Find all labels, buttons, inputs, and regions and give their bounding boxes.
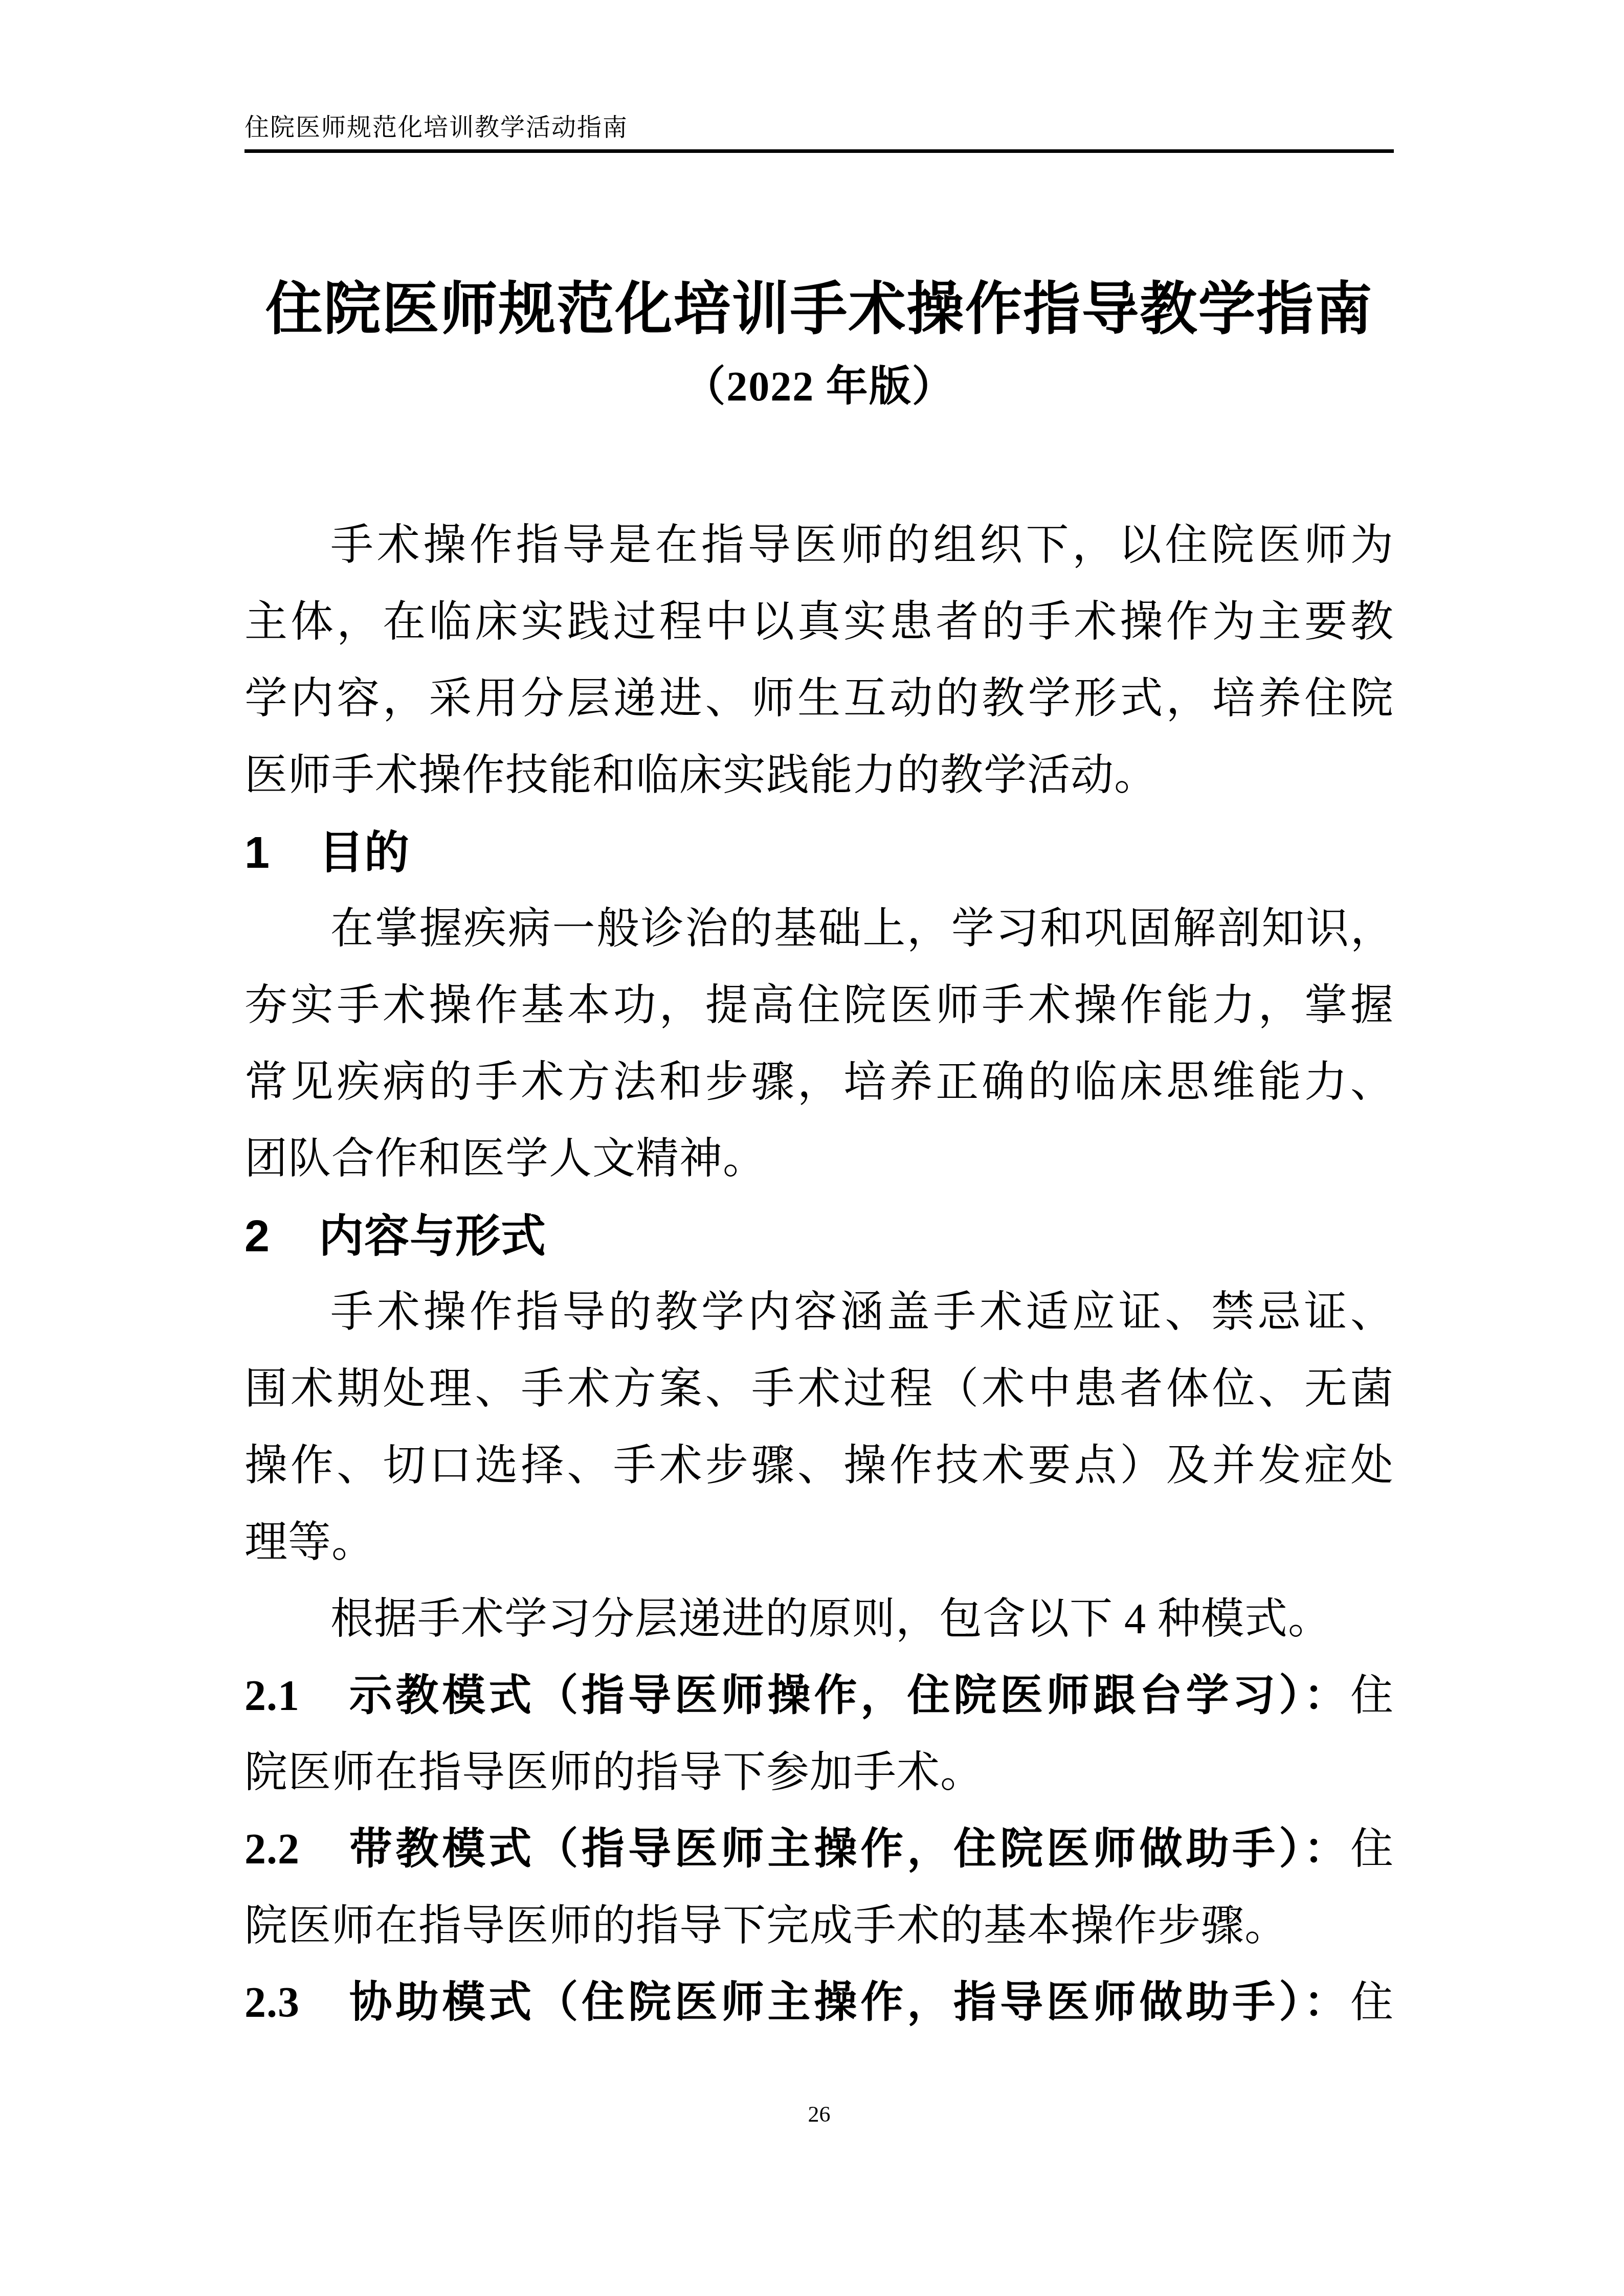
mode-2-3-heading: 2.3 协助模式（住院医师主操作，指导医师做助手）： <box>244 1979 1350 2027</box>
intro-line-2: 主体，在临床实践过程中以真实患者的手术操作为主要教 <box>244 584 1394 661</box>
mode-2-1-tail: 住 <box>1350 1672 1394 1720</box>
section-2-heading: 2内容与形式 <box>244 1198 1394 1274</box>
document-edition: （2022 年版） <box>244 358 1394 415</box>
page-number: 26 <box>244 2099 1394 2130</box>
mode-2-3-heading-line: 2.3 协助模式（住院医师主操作，指导医师做助手）：住 <box>244 1965 1394 2041</box>
section-1-heading: 1目的 <box>244 814 1394 891</box>
mode-2-2-tail: 住 <box>1350 1826 1394 1873</box>
section-2-line-1: 手术操作指导的教学内容涵盖手术适应证、禁忌证、 <box>244 1274 1394 1351</box>
header-rule <box>244 149 1394 153</box>
mode-2-1-heading: 2.1 示教模式（指导医师操作，住院医师跟台学习）： <box>244 1672 1350 1720</box>
intro-line-3: 学内容，采用分层递进、师生互动的教学形式，培养住院 <box>244 661 1394 737</box>
document-page: 住院医师规范化培训教学活动指南 住院医师规范化培训手术操作指导教学指南 （202… <box>0 0 1624 2296</box>
section-2-number: 2 <box>244 1198 319 1274</box>
section-1-line-4: 团队合作和医学人文精神。 <box>244 1121 1394 1198</box>
section-2-line-2: 围术期处理、手术方案、手术过程（术中患者体位、无菌 <box>244 1351 1394 1428</box>
section-1-line-2: 夯实手术操作基本功，提高住院医师手术操作能力，掌握 <box>244 967 1394 1044</box>
document-body: 手术操作指导是在指导医师的组织下，以住院医师为 主体，在临床实践过程中以真实患者… <box>244 507 1394 2041</box>
section-1-line-3: 常见疾病的手术方法和步骤，培养正确的临床思维能力、 <box>244 1044 1394 1121</box>
mode-2-2-heading: 2.2 带教模式（指导医师主操作，住院医师做助手）： <box>244 1826 1350 1873</box>
mode-2-2-continuation: 院医师在指导医师的指导下完成手术的基本操作步骤。 <box>244 1888 1394 1965</box>
intro-line-1: 手术操作指导是在指导医师的组织下，以住院医师为 <box>244 507 1394 584</box>
section-2-label: 内容与形式 <box>319 1210 546 1261</box>
section-1-label: 目的 <box>319 827 410 877</box>
running-header: 住院医师规范化培训教学活动指南 <box>244 114 1394 142</box>
section-2-line-3: 操作、切口选择、手术步骤、操作技术要点）及并发症处 <box>244 1428 1394 1504</box>
mode-2-3-tail: 住 <box>1350 1979 1394 2027</box>
mode-2-1-heading-line: 2.1 示教模式（指导医师操作，住院医师跟台学习）：住 <box>244 1658 1394 1735</box>
document-title: 住院医师规范化培训手术操作指导教学指南 <box>244 266 1394 353</box>
section-1-line-1: 在掌握疾病一般诊治的基础上，学习和巩固解剖知识， <box>244 891 1394 967</box>
intro-line-4: 医师手术操作技能和临床实践能力的教学活动。 <box>244 737 1394 814</box>
mode-2-2-heading-line: 2.2 带教模式（指导医师主操作，住院医师做助手）：住 <box>244 1811 1394 1888</box>
modes-intro-line: 根据手术学习分层递进的原则，包含以下 4 种模式。 <box>244 1581 1394 1658</box>
section-1-number: 1 <box>244 814 319 891</box>
section-2-line-4: 理等。 <box>244 1504 1394 1581</box>
mode-2-1-continuation: 院医师在指导医师的指导下参加手术。 <box>244 1735 1394 1811</box>
